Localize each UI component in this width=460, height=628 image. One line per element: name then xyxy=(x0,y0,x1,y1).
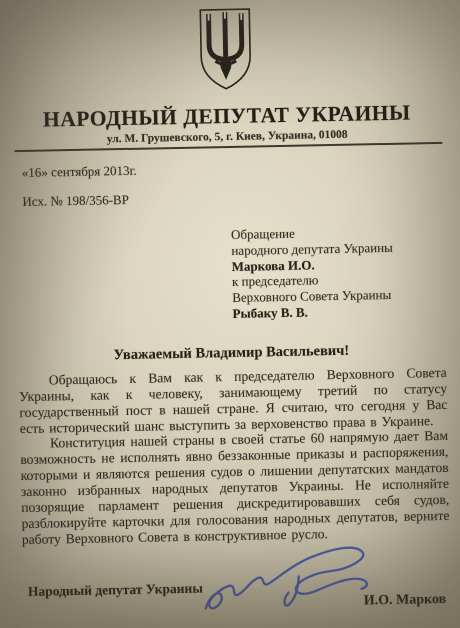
letter-ref-number: Исх. № 198/356-ВР xyxy=(22,186,458,210)
letter-photo: НАРОДНЫЙ ДЕПУТАТ УКРАИНЫ ул. М. Грушевск… xyxy=(0,0,460,628)
recipient-addressee-name: Рыбаку В. В. xyxy=(232,302,460,322)
recipient-block: Обращение народного депутата Украины Мар… xyxy=(231,223,460,322)
ukraine-trident-emblem xyxy=(0,0,456,101)
salutation: Уважаемый Владимир Васильевич! xyxy=(1,340,460,366)
signature-block: Народный депутат Украины И.О. Марков xyxy=(27,550,448,628)
body-paragraph-1: Обращаюсь к Вам как к председателю Верхо… xyxy=(19,365,448,437)
signature-name: И.О. Марков xyxy=(364,592,447,610)
letter-meta: «16» сентября 2013г. Исх. № 198/356-ВР xyxy=(22,157,459,210)
signature-position-title: Народный депутат Украины xyxy=(28,580,203,599)
letter-date: «16» сентября 2013г. xyxy=(22,157,458,181)
letter-sheet: НАРОДНЫЙ ДЕПУТАТ УКРАИНЫ ул. М. Грушевск… xyxy=(0,0,460,628)
